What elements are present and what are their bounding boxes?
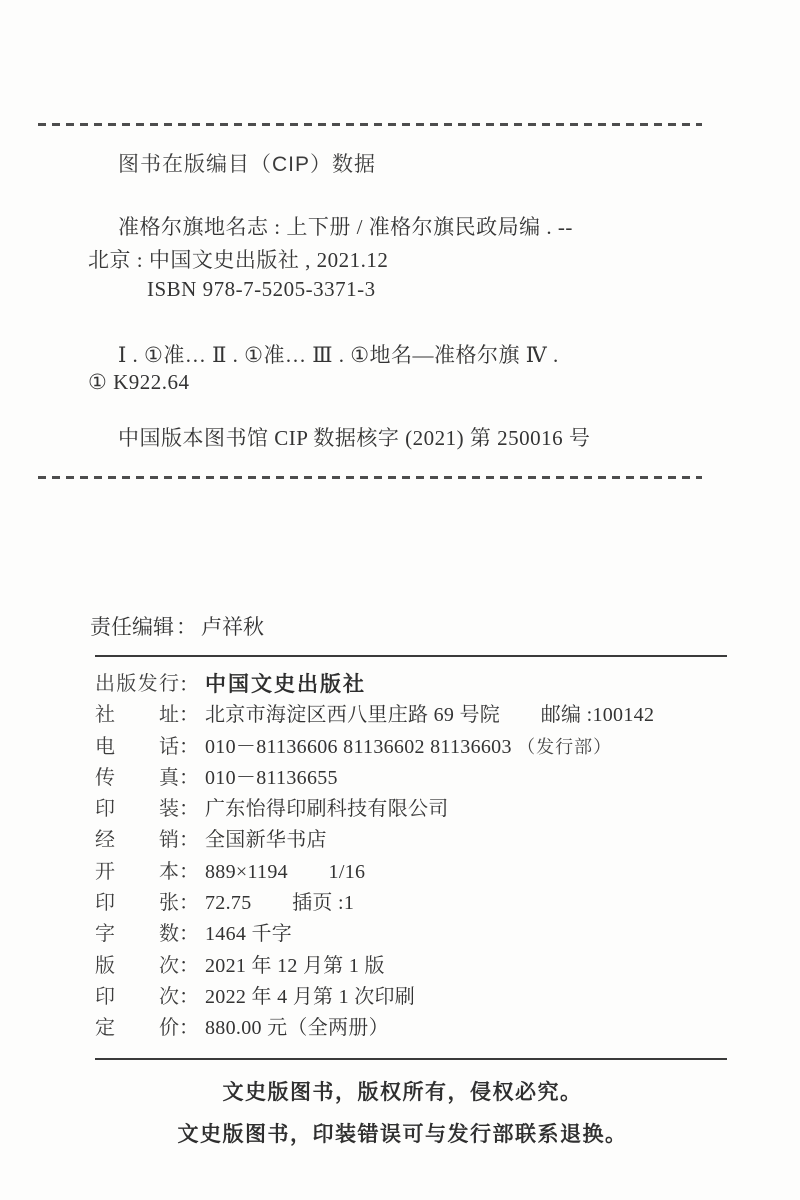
colophon-row-value: 中国文史出版社: [205, 673, 366, 696]
cip-bottom-dashed-divider: [38, 476, 702, 479]
colophon-row-colon: ：: [179, 982, 199, 1013]
colophon-row-colon: ：: [179, 919, 199, 950]
colophon-row-label: 定价: [95, 1013, 179, 1044]
colophon-row-colon: ：: [179, 763, 199, 794]
colophon-row-value: 889×1194 1/16: [205, 861, 365, 883]
colophon-row-colon: ：: [179, 825, 199, 856]
colophon-row-label: 传真: [95, 763, 179, 794]
footer-notices: 文史版图书，版权所有，侵权必究。 文史版图书，印装错误可与发行部联系退换。: [80, 1072, 725, 1156]
colophon-row-value: 全国新华书店: [205, 829, 327, 851]
colophon-row-label: 印装: [95, 794, 179, 825]
responsible-editor-line: 责任编辑：卢祥秋: [90, 611, 264, 641]
colophon-row-label: 开本: [95, 857, 179, 888]
colophon-row: 定价：880.00 元（全两册）: [95, 1013, 745, 1044]
colophon-row-colon: ：: [179, 1013, 199, 1044]
colophon-row-colon: ：: [179, 857, 199, 888]
colophon-row-colon: ：: [179, 888, 199, 919]
colophon-row: 传真：010－81136655: [95, 763, 745, 794]
copyright-notice: 文史版图书，版权所有，侵权必究。: [80, 1072, 725, 1114]
responsible-editor-name: 卢祥秋: [201, 615, 264, 639]
colophon-row: 经销：全国新华书店: [95, 825, 745, 856]
cip-isbn: ISBN 978-7-5205-3371-3: [147, 277, 376, 302]
footer-rule: [95, 1058, 727, 1060]
cip-title-statement: 准格尔旗地名志 : 上下册 / 准格尔旗民政局编 . --: [118, 211, 573, 241]
colophon-row: 开本：889×1194 1/16: [95, 857, 745, 888]
colophon-row-label: 印张: [95, 888, 179, 919]
colophon-row-label: 印次: [95, 982, 179, 1013]
colophon-row: 印张：72.75 插页 :1: [95, 888, 745, 919]
colophon-row: 字数：1464 千字: [95, 919, 745, 950]
colophon-row-colon: ：: [179, 794, 199, 825]
colophon-row-value: 2022 年 4 月第 1 次印刷: [205, 986, 415, 1008]
returns-notice: 文史版图书，印装错误可与发行部联系退换。: [80, 1114, 725, 1156]
colophon-row-value: 880.00 元（全两册）: [205, 1017, 389, 1039]
colophon-row-label: 经销: [95, 825, 179, 856]
colophon-row: 社址：北京市海淀区西八里庄路 69 号院 邮编 :100142: [95, 700, 745, 731]
colophon-row: 印次：2022 年 4 月第 1 次印刷: [95, 982, 745, 1013]
cip-class-number: ① K922.64: [88, 370, 190, 395]
cip-heading: 图书在版编目（CIP）数据: [118, 148, 376, 178]
responsible-editor-label: 责任编辑: [90, 615, 174, 639]
colophon-table: 出版发行：中国文史出版社 社址：北京市海淀区西八里庄路 69 号院 邮编 :10…: [95, 669, 745, 1045]
colophon-row-value: 010－81136606 81136602 81136603: [205, 736, 517, 758]
colophon-row-label: 出版发行: [95, 669, 179, 700]
colophon-row: 印装：广东怡得印刷科技有限公司: [95, 794, 745, 825]
colophon-row-label: 社址: [95, 700, 179, 731]
cip-record-number: 中国版本图书馆 CIP 数据核字 (2021) 第 250016 号: [118, 422, 590, 452]
copyright-page: 图书在版编目（CIP）数据 准格尔旗地名志 : 上下册 / 准格尔旗民政局编 .…: [0, 0, 800, 1200]
editor-colon: ：: [176, 615, 197, 639]
colophon-row-colon: ：: [179, 700, 199, 731]
colophon-row-value: 2021 年 12 月第 1 版: [205, 955, 385, 977]
colophon-row: 出版发行：中国文史出版社: [95, 669, 745, 700]
colophon-row-value: 广东怡得印刷科技有限公司: [205, 798, 449, 820]
colophon-row: 版次：2021 年 12 月第 1 版: [95, 951, 745, 982]
colophon-row-colon: ：: [179, 732, 199, 763]
colophon-row-value: 北京市海淀区西八里庄路 69 号院 邮编 :100142: [205, 704, 654, 726]
colophon-row-value: 72.75 插页 :1: [205, 892, 354, 914]
colophon-row-colon: ：: [179, 951, 199, 982]
colophon-row: 电话：010－81136606 81136602 81136603 （发行部）: [95, 732, 745, 763]
colophon-row-note: （发行部）: [517, 737, 612, 757]
colophon-row-label: 字数: [95, 919, 179, 950]
colophon-row-value: 1464 千字: [205, 923, 292, 945]
colophon-row-value: 010－81136655: [205, 767, 338, 789]
cip-top-dashed-divider: [38, 123, 702, 126]
cip-publisher-statement: 北京 : 中国文史出版社 , 2021.12: [88, 244, 388, 274]
colophon-row-label: 电话: [95, 732, 179, 763]
colophon-row-colon: ：: [179, 670, 199, 701]
colophon-row-label: 版次: [95, 951, 179, 982]
cip-classification-line: Ⅰ . ①准… Ⅱ . ①准… Ⅲ . ①地名—准格尔旗 Ⅳ .: [118, 339, 559, 369]
colophon-top-rule: [95, 655, 727, 657]
